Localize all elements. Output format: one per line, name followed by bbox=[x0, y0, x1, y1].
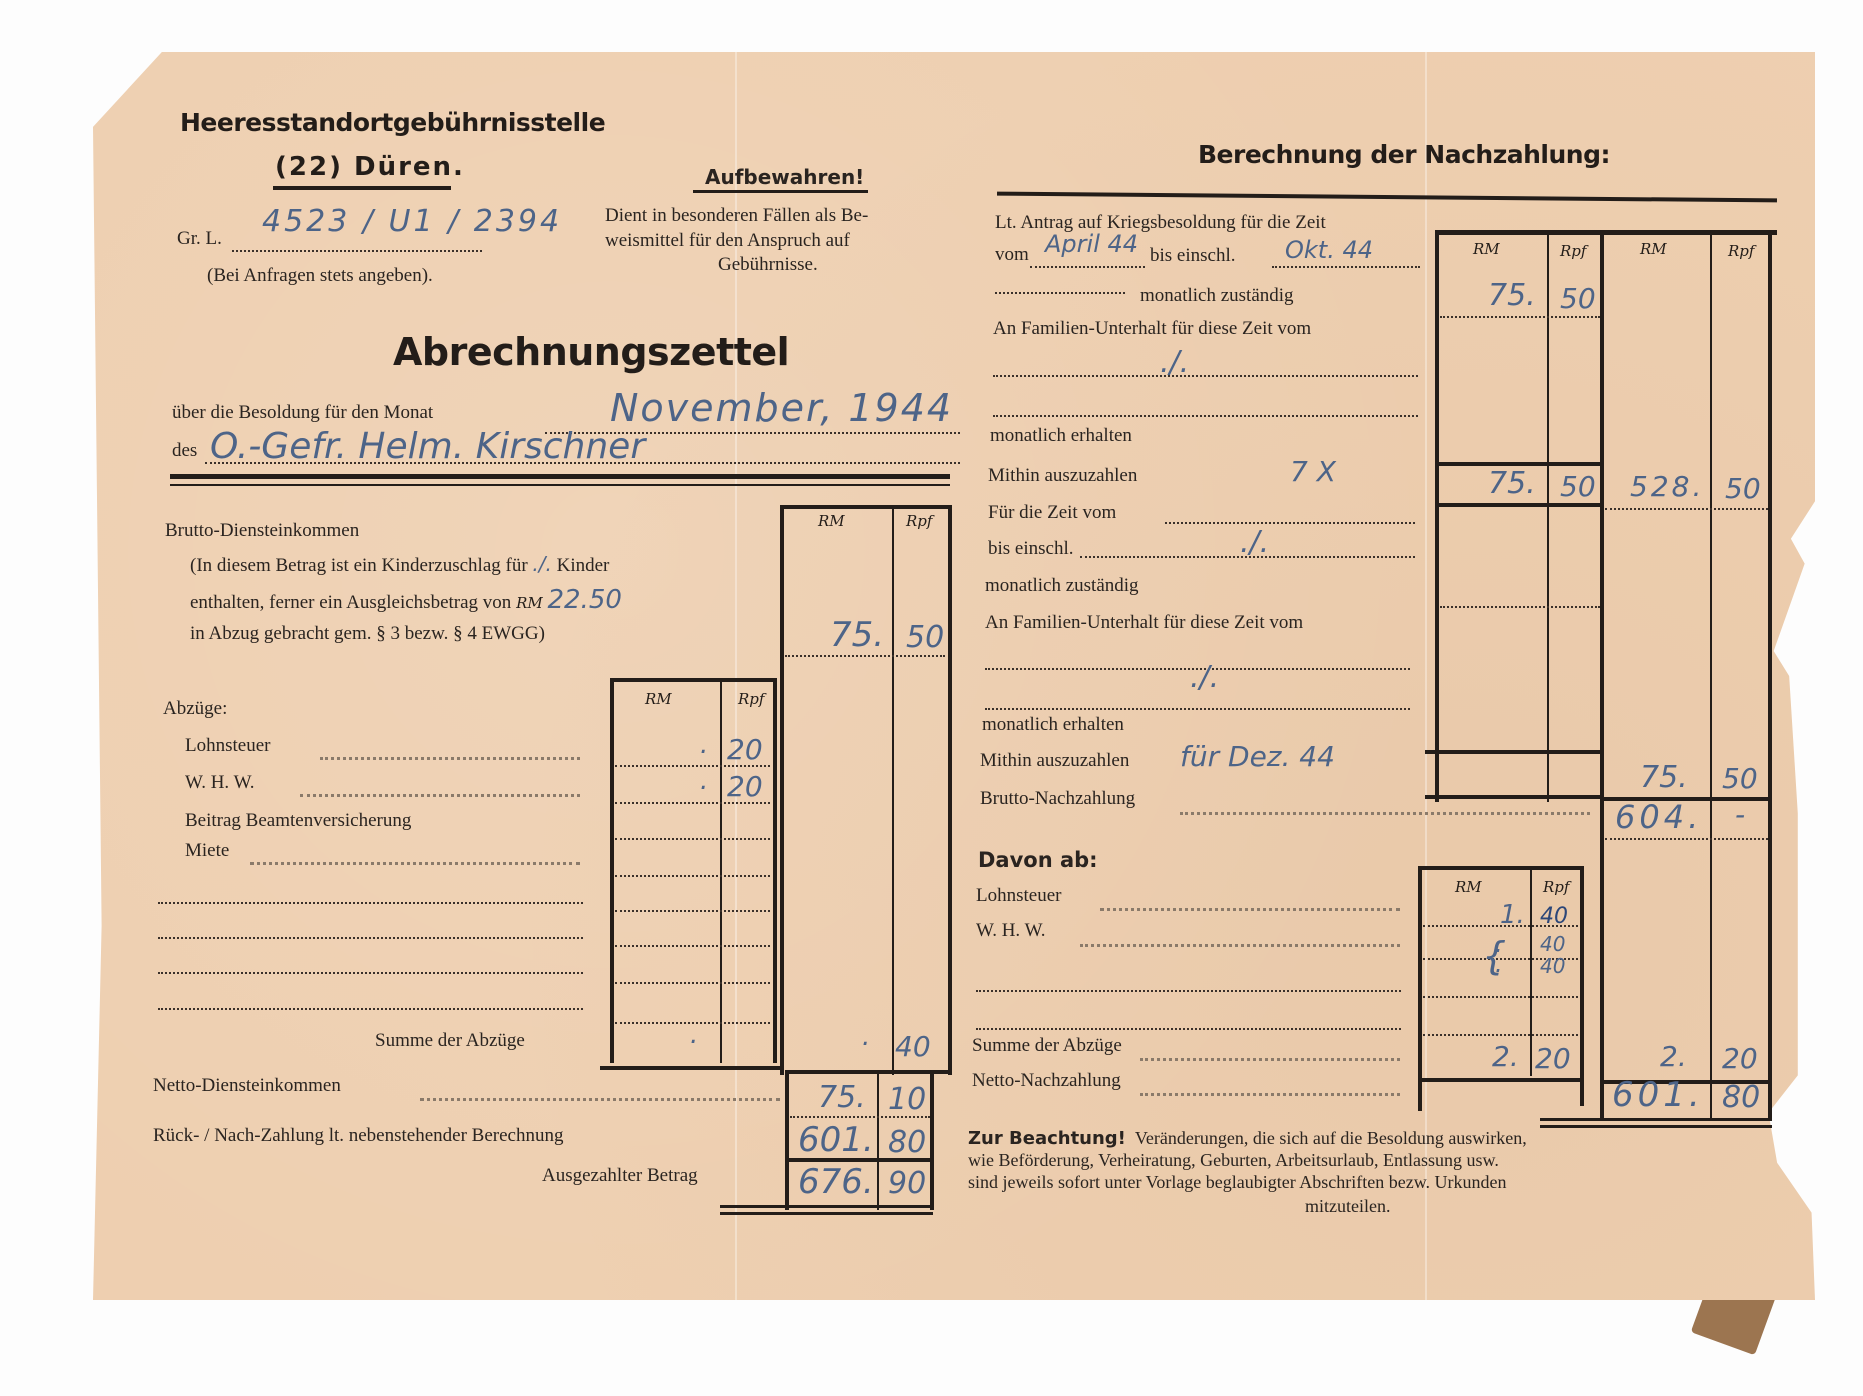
calc-gross-leader bbox=[1180, 812, 1590, 815]
deductions-heading: Abzüge: bbox=[163, 698, 227, 720]
calc-col-rpf-1: Rpf bbox=[1560, 242, 1586, 260]
gross-note-2-text: enthalten, ferner ein Ausgleichsbetrag v… bbox=[190, 592, 511, 613]
calc-pay1-rule bbox=[1437, 503, 1600, 507]
inner-table-left bbox=[610, 678, 614, 1063]
deduction-rm: . bbox=[700, 766, 708, 796]
calc-p1-monthly-dots bbox=[995, 292, 1125, 294]
calc-title: Berechnung der Nachzahlung: bbox=[1198, 140, 1610, 169]
gross-dots bbox=[785, 655, 945, 657]
calc-fam2-received-label: monatlich erhalten bbox=[982, 714, 1124, 736]
sum-rule-left bbox=[600, 1066, 780, 1070]
calc-deduct-col-rpf: Rpf bbox=[1543, 878, 1569, 896]
notice-text-2: weismittel für den Anspruch auf bbox=[605, 230, 850, 252]
header-rule-thick bbox=[170, 474, 950, 479]
month-label: über die Besoldung für den Monat bbox=[172, 402, 433, 424]
calc-net-leader bbox=[1140, 1093, 1400, 1096]
back-payment-rpf: 80 bbox=[888, 1125, 926, 1160]
calc-fam1-dots-1 bbox=[993, 375, 1418, 377]
notice-text-1: Dient in besonderen Fällen als Be- bbox=[605, 205, 868, 227]
header-rule-thin bbox=[170, 484, 950, 486]
calc-gross-rule bbox=[1605, 838, 1768, 840]
gross-rm: 75. bbox=[830, 615, 884, 655]
paid-rm: 676. bbox=[798, 1162, 874, 1202]
inner-table-top bbox=[610, 678, 775, 682]
inner-col-rm: RM bbox=[645, 690, 672, 708]
calc-deduct-box-left bbox=[1418, 866, 1422, 1111]
deduction-leader bbox=[250, 862, 580, 865]
deduction-rpf: 20 bbox=[727, 770, 763, 803]
blank-rule bbox=[615, 945, 770, 947]
footer-line-1-text: Veränderungen, die sich auf die Besoldun… bbox=[1135, 1128, 1527, 1148]
footer-line-3: sind jeweils sofort unter Vorlage beglau… bbox=[968, 1172, 1507, 1193]
calc-grid-v3 bbox=[1600, 230, 1604, 1120]
calc-net-rule-1 bbox=[1540, 1118, 1772, 1121]
net-rule bbox=[790, 1116, 930, 1118]
person-value: O.-Gefr. Helm. Kirschner bbox=[210, 426, 645, 467]
calc-fam1-received-label: monatlich erhalten bbox=[990, 425, 1132, 447]
gross-adjust-amount: 22.50 bbox=[547, 585, 621, 615]
outer-table-mid bbox=[892, 505, 894, 1075]
calc-pay1-label: Mithin auszuzahlen bbox=[988, 465, 1137, 487]
office-location: (22) Düren. bbox=[275, 152, 465, 182]
notice-text-3: Gebührnisse. bbox=[718, 254, 818, 276]
calc-deduct-rpf: 40 bbox=[1540, 954, 1565, 978]
deductions-sum-rpf: 40 bbox=[895, 1030, 931, 1063]
calc-pay2-note: für Dez. 44 bbox=[1180, 740, 1335, 773]
calc-p1-from-label: vom bbox=[995, 244, 1029, 266]
deductions-sum-label: Summe der Abzüge bbox=[375, 1030, 525, 1052]
calc-pay1-rpf: 50 bbox=[1560, 470, 1596, 503]
paid-label: Ausgezahlter Betrag bbox=[542, 1165, 698, 1187]
calc-deduct-label: Lohnsteuer bbox=[976, 885, 1061, 907]
deduction-label: Lohnsteuer bbox=[185, 735, 270, 757]
deductions-sum-rm: . bbox=[862, 1022, 870, 1052]
net-rm: 75. bbox=[818, 1080, 866, 1115]
calc-grid-v4 bbox=[1710, 230, 1712, 1120]
person-label: des bbox=[172, 440, 197, 462]
calc-gross-label: Brutto-Nachzahlung bbox=[980, 788, 1135, 810]
gross-note-3: in Abzug gebracht gem. § 3 bezw. § 4 EWG… bbox=[190, 623, 545, 645]
footer-line-1: Zur Beachtung! Veränderungen, die sich a… bbox=[968, 1128, 1527, 1149]
calc-p1-monthly-rm: 75. bbox=[1488, 278, 1536, 313]
calc-p2-to-label: bis einschl. bbox=[988, 538, 1074, 560]
fold-line bbox=[1425, 52, 1427, 1300]
blank-line bbox=[158, 902, 583, 904]
gross-note-2: enthalten, ferner ein Ausgleichsbetrag v… bbox=[190, 585, 622, 615]
sum-rule-right bbox=[785, 1070, 952, 1074]
calc-pay2-total-rpf: 50 bbox=[1722, 762, 1758, 795]
calc-pay1-total-rule bbox=[1605, 508, 1768, 510]
location-underline bbox=[273, 186, 451, 190]
outer-table-top bbox=[780, 505, 952, 509]
calc-p1-to-label: bis einschl. bbox=[1150, 245, 1236, 267]
net-leader bbox=[420, 1098, 780, 1101]
calc-blank-rule bbox=[1423, 996, 1578, 998]
deduction-label: Miete bbox=[185, 840, 229, 862]
calc-p2-from-label: Für die Zeit vom bbox=[988, 502, 1116, 524]
ref-note: (Bei Anfragen stets angeben). bbox=[207, 265, 433, 287]
calc-fam2-value: ./. bbox=[1190, 660, 1219, 695]
ref-label: Gr. L. bbox=[177, 228, 222, 250]
col-rpf: Rpf bbox=[906, 512, 932, 530]
calc-blank-line bbox=[976, 1028, 1401, 1030]
calc-deduct-sum-total-rpf: 20 bbox=[1722, 1042, 1758, 1075]
calc-p1-to-dots bbox=[1272, 266, 1420, 268]
calc-pay2-label: Mithin auszuzahlen bbox=[980, 750, 1129, 772]
calc-deduct-sum-rule bbox=[1418, 1078, 1583, 1082]
footer-line-4: mitzuteilen. bbox=[1305, 1196, 1390, 1217]
net-label: Netto-Diensteinkommen bbox=[153, 1075, 341, 1097]
inner-col-rpf: Rpf bbox=[738, 690, 764, 708]
deduction-rpf: 20 bbox=[727, 733, 763, 766]
ref-value: 4523 / U1 / 2394 bbox=[262, 204, 562, 239]
calc-deduct-heading: Davon ab: bbox=[978, 848, 1098, 872]
calc-deduct-box-top bbox=[1418, 866, 1583, 870]
calc-pay2-rule bbox=[1425, 795, 1600, 799]
calc-fam2-label: An Familien-Unterhalt für diese Zeit vom bbox=[985, 612, 1303, 634]
month-value: November, 1944 bbox=[610, 386, 953, 430]
calc-p1-monthly-rule bbox=[1440, 316, 1600, 318]
calc-gross-rpf: - bbox=[1735, 798, 1745, 831]
deduction-label: Beitrag Beamtenversicherung bbox=[185, 810, 411, 832]
blank-line bbox=[158, 1008, 583, 1010]
calc-deduct-rpf: 40 bbox=[1540, 932, 1565, 956]
calc-gross-rm: 604. bbox=[1615, 798, 1702, 836]
gross-children-value: ./. bbox=[532, 552, 551, 576]
net-rpf: 10 bbox=[888, 1082, 926, 1117]
ref-dotted-line bbox=[232, 250, 482, 252]
calc-grid-top bbox=[1435, 230, 1777, 235]
totals-right bbox=[930, 1070, 934, 1210]
calc-net-rm: 601. bbox=[1612, 1075, 1704, 1115]
blank-rule bbox=[615, 875, 770, 877]
calc-deduct-box-mid bbox=[1530, 866, 1532, 1076]
calc-deduct-col-rm: RM bbox=[1455, 878, 1482, 896]
calc-p2-monthly-label: monatlich zuständig bbox=[985, 575, 1139, 597]
notice-heading: Aufbewahren! bbox=[705, 165, 864, 189]
footer-line-2: wie Beförderung, Verheiratung, Geburten,… bbox=[968, 1150, 1499, 1171]
paid-rule-2 bbox=[720, 1212, 933, 1215]
calc-col-rm-2: RM bbox=[1640, 240, 1667, 258]
calc-pay1-total-rm: 528. bbox=[1630, 470, 1704, 503]
calc-p2-value: ./. bbox=[1240, 525, 1269, 560]
gross-note-1b: Kinder bbox=[557, 555, 610, 576]
calc-p2-from-dots bbox=[1165, 522, 1415, 524]
gross-rpf: 50 bbox=[906, 620, 944, 655]
calc-pay1-rm: 75. bbox=[1488, 466, 1536, 501]
calc-fam1-value: ./. bbox=[1160, 345, 1189, 380]
brace-mark: { bbox=[1482, 934, 1506, 978]
calc-deduct-sum-leader bbox=[1140, 1058, 1400, 1061]
calc-p1-monthly-label: monatlich zuständig bbox=[1140, 285, 1294, 307]
footer-heading: Zur Beachtung! bbox=[968, 1128, 1126, 1149]
calc-fam1-label: An Familien-Unterhalt für diese Zeit vom bbox=[993, 318, 1311, 340]
notice-underline bbox=[693, 190, 868, 193]
gross-note-1: (In diesem Betrag ist ein Kinderzuschlag… bbox=[190, 552, 609, 577]
deductions-sum-inner-rm: . bbox=[690, 1020, 698, 1050]
deduction-rule bbox=[615, 838, 770, 840]
form-title: Abrechnungszettel bbox=[393, 330, 789, 374]
calc-p1-to-value: Okt. 44 bbox=[1285, 236, 1373, 264]
blank-line bbox=[158, 972, 583, 974]
blank-rule bbox=[615, 910, 770, 912]
blank-rule bbox=[615, 982, 770, 984]
deduction-rm: . bbox=[700, 730, 708, 760]
calc-deduct-rule bbox=[1423, 925, 1578, 927]
deduction-label: W. H. W. bbox=[185, 772, 255, 794]
calc-blank-line bbox=[976, 990, 1401, 992]
office-name: Heeresstandortgebührnisstelle bbox=[180, 108, 605, 137]
calc-deduct-sum-rpf: 20 bbox=[1535, 1042, 1571, 1075]
outer-table-right bbox=[948, 505, 952, 1075]
calc-grid-v1 bbox=[1435, 230, 1439, 802]
deduction-leader bbox=[320, 757, 580, 760]
totals-mid bbox=[877, 1070, 879, 1210]
calc-deduct-sum-rm: 2. bbox=[1492, 1040, 1519, 1073]
back-payment-rm: 601. bbox=[798, 1120, 874, 1160]
calc-net-label: Netto-Nachzahlung bbox=[972, 1070, 1121, 1092]
calc-p2-monthly-rule bbox=[1440, 606, 1600, 608]
calc-net-rule-2 bbox=[1540, 1125, 1772, 1128]
col-rm: RM bbox=[818, 512, 845, 530]
calc-pay1-factor: 7 X bbox=[1290, 455, 1336, 488]
calc-fam2-rule bbox=[1425, 750, 1600, 754]
calc-pay2-total-rm: 75. bbox=[1640, 760, 1688, 795]
back-payment-label: Rück- / Nach-Zahlung lt. nebenstehender … bbox=[153, 1125, 563, 1147]
calc-p1-monthly-rpf: 50 bbox=[1560, 282, 1596, 315]
gross-note-1a: (In diesem Betrag ist ein Kinderzuschlag… bbox=[190, 555, 528, 576]
calc-deduct-label: W. H. W. bbox=[976, 920, 1046, 942]
gross-currency: RM bbox=[516, 594, 543, 612]
calc-deduct-box-right bbox=[1580, 866, 1584, 1106]
inner-table-mid bbox=[720, 678, 722, 1063]
calc-p1-from-value: April 44 bbox=[1045, 230, 1138, 258]
calc-blank-rule bbox=[1423, 1034, 1578, 1036]
totals-left bbox=[785, 1070, 789, 1210]
calc-grid-v5 bbox=[1768, 230, 1772, 1120]
calc-fam2-dots-2 bbox=[985, 708, 1410, 710]
calc-col-rm-1: RM bbox=[1473, 240, 1500, 258]
paid-rpf: 90 bbox=[888, 1166, 926, 1201]
calc-net-rpf: 80 bbox=[1722, 1080, 1760, 1115]
gross-label: Brutto-Diensteinkommen bbox=[165, 520, 359, 542]
calc-deduct-leader bbox=[1080, 944, 1400, 947]
blank-line bbox=[158, 937, 583, 939]
deduction-leader bbox=[300, 794, 580, 797]
calc-col-rpf-2: Rpf bbox=[1728, 242, 1754, 260]
calc-pay1-total-rpf: 50 bbox=[1725, 472, 1761, 505]
document-paper bbox=[93, 52, 1815, 1300]
inner-table-right bbox=[773, 678, 777, 1063]
outer-table-left bbox=[780, 505, 784, 1075]
calc-deduct-sum-total-rm: 2. bbox=[1660, 1040, 1687, 1073]
calc-fam1-dots-2 bbox=[993, 415, 1418, 417]
paid-rule-1 bbox=[720, 1205, 933, 1208]
calc-deduct-leader bbox=[1100, 908, 1400, 911]
calc-p1-from-dots bbox=[1030, 266, 1145, 268]
calc-deduct-sum-label: Summe der Abzüge bbox=[972, 1035, 1122, 1057]
